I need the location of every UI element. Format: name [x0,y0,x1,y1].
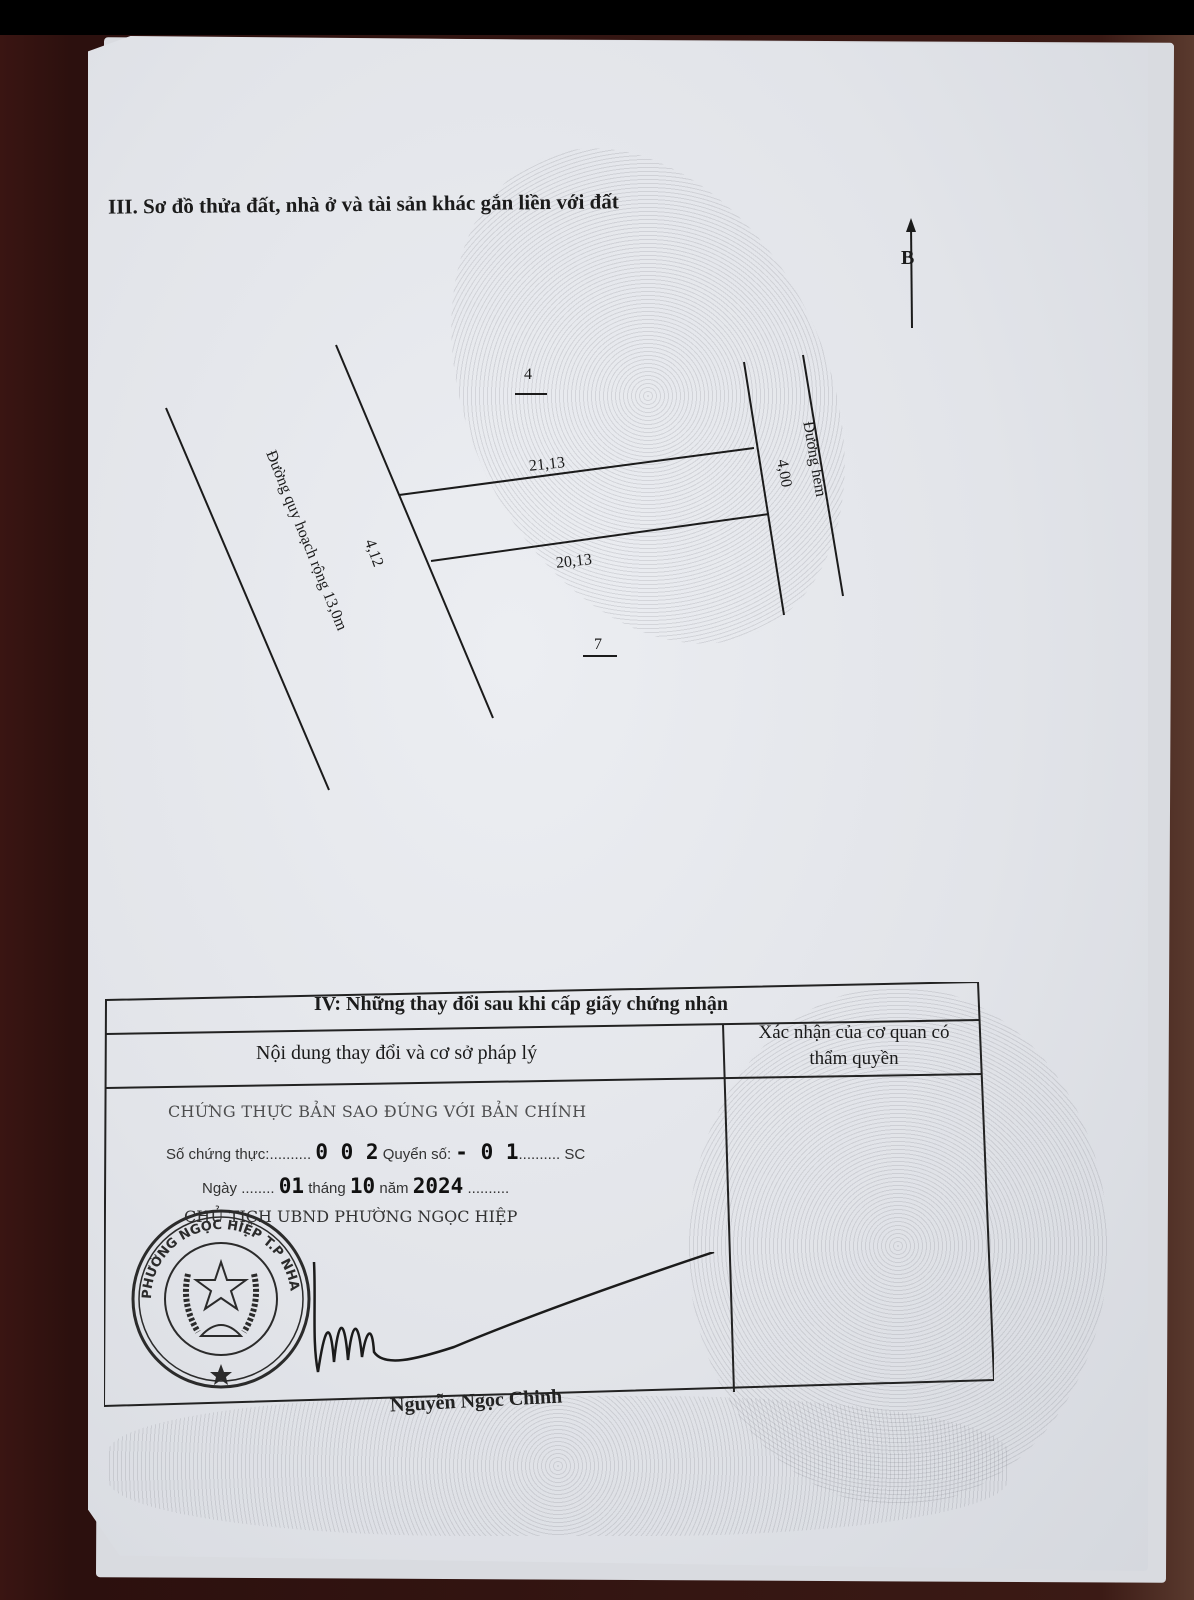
book-value: - 0 1 [455,1140,518,1164]
dimension-top-edge: 21,13 [528,454,566,476]
section-iv-title: IV: Những thay đổi sau khi cấp giấy chứn… [314,993,728,1016]
certification-number-label: Số chứng thực: [166,1146,269,1163]
book-suffix: SC [564,1146,585,1163]
dimension-bottom-edge: 20,13 [555,551,593,573]
date-year-label: năm [379,1180,408,1197]
date-month-label: tháng [308,1180,346,1197]
date-year-value: 2024 [413,1174,464,1198]
column-header-confirmation: Xác nhận của cơ quan có thẩm quyền [744,1020,964,1072]
certification-heading: CHỨNG THỰC BẢN SAO ĐÚNG VỚI BẢN CHÍNH [168,1102,586,1121]
neighbor-parcel-7: 7 [594,636,602,654]
column-header-changes: Nội dung thay đổi và cơ sở pháp lý [256,1042,537,1065]
signature-icon [294,1252,734,1392]
certification-date-row: Ngày ........ 01 tháng 10 năm 2024 .....… [202,1174,509,1198]
date-day-label: Ngày [202,1180,237,1197]
section-iv-table: IV: Những thay đổi sau khi cấp giấy chứn… [104,982,994,1412]
toner-smudge [108,1396,1008,1536]
official-seal-icon: PHƯỜNG NGỌC HIỆP T.P NHA TRANG [126,1204,316,1394]
date-day-value: 01 [279,1174,304,1198]
date-month-value: 10 [350,1174,375,1198]
parcel-diagram [0,0,1194,1000]
neighbor-parcel-4: 4 [524,366,532,384]
certification-number-value: 0 0 2 [315,1140,378,1164]
book-label: Quyển số: [383,1146,451,1163]
certification-number-row: Số chứng thực:.......... 0 0 2 Quyển số:… [166,1140,585,1164]
